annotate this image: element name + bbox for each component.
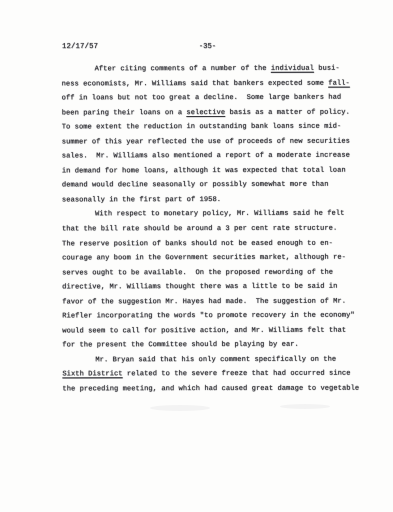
text-segment: directive, Mr. Williams thought there wa…	[62, 283, 337, 292]
document-line: the preceding meeting, and which had cau…	[62, 382, 354, 397]
text-segment: Mr. Bryan said that his only comment spe…	[95, 356, 336, 365]
underlined-text: Sixth District	[62, 371, 122, 379]
document-line: seasonally in the first part of 1958.	[62, 193, 354, 208]
document-line: that the bill rate should be around a 3 …	[62, 222, 354, 237]
text-segment: off in loans but not too great a decline…	[62, 94, 342, 103]
document-line: Sixth District related to the severe fre…	[62, 367, 354, 382]
document-line: The reserve position of banks should not…	[62, 236, 354, 251]
underlined-text: selective	[186, 109, 225, 117]
document-line: sales. Mr. Williams also mentioned a rep…	[62, 149, 354, 164]
paragraph: Mr. Bryan said that his only comment spe…	[62, 353, 354, 397]
text-segment: The reserve position of banks should not…	[62, 239, 333, 248]
document-line: directive, Mr. Williams thought there wa…	[62, 280, 354, 295]
scan-smudge	[280, 404, 330, 409]
page-number: -35-	[62, 43, 353, 51]
document-line: Riefler incorporating the words "to prom…	[62, 309, 354, 324]
text-segment: favor of the suggestion Mr. Hayes had ma…	[62, 297, 346, 306]
text-segment: ness economists, Mr. Williams said that …	[62, 79, 329, 88]
document-line: for the present the Committee should be …	[62, 338, 354, 353]
text-segment: demand would decline seasonally or possi…	[62, 181, 329, 190]
document-line: To some extent the reduction in outstand…	[62, 120, 354, 135]
text-segment: Riefler incorporating the words "to prom…	[62, 312, 354, 321]
document-line: Mr. Bryan said that his only comment spe…	[62, 353, 354, 368]
document-line: been paring their loans on a selective b…	[62, 105, 354, 120]
underlined-text: fall-	[328, 79, 350, 87]
text-segment: related to the severe freeze that had oc…	[123, 370, 351, 379]
text-segment: for the present the Committee should be …	[62, 341, 299, 350]
document-line: favor of the suggestion Mr. Hayes had ma…	[62, 294, 354, 309]
scan-smudge	[150, 405, 210, 411]
document-body: After citing comments of a number of the…	[62, 62, 355, 397]
document-header: 12/17/57 -35-	[62, 43, 353, 57]
text-segment: in demand for home loans, although it wa…	[62, 166, 346, 175]
text-segment: that the bill rate should be around a 3 …	[62, 225, 337, 234]
document-line: courage any boom in the Government secur…	[62, 251, 354, 266]
text-segment: courage any boom in the Government secur…	[62, 254, 346, 263]
text-segment: sales. Mr. Williams also mentioned a rep…	[62, 152, 350, 161]
text-segment: summer of this year reflected the use of…	[62, 137, 350, 146]
text-segment: To some extent the reduction in outstand…	[62, 123, 342, 132]
text-segment: busi-	[314, 65, 340, 73]
text-segment: the preceding meeting, and which had cau…	[62, 385, 359, 394]
document-line: off in loans but not too great a decline…	[62, 91, 354, 106]
text-segment: After citing comments of a number of the	[95, 65, 271, 73]
paragraph: With respect to monetary policy, Mr. Wil…	[62, 207, 354, 353]
underlined-text: individual	[271, 65, 314, 73]
scanned-document-page: 12/17/57 -35- After citing comments of a…	[0, 0, 393, 512]
document-line: After citing comments of a number of the…	[62, 62, 354, 77]
text-segment: serves ought to be available. On the pro…	[62, 268, 333, 277]
document-line: would seem to call for positive action, …	[62, 323, 354, 338]
text-segment: been paring their loans on a	[62, 109, 187, 117]
document-line: serves ought to be available. On the pro…	[62, 265, 354, 280]
document-line: With respect to monetary policy, Mr. Wil…	[62, 207, 354, 222]
text-segment: seasonally in the first part of 1958.	[62, 196, 221, 204]
text-segment: With respect to monetary policy, Mr. Wil…	[95, 210, 344, 219]
document-line: ness economists, Mr. Williams said that …	[62, 76, 354, 91]
document-line: demand would decline seasonally or possi…	[62, 178, 354, 193]
document-line: summer of this year reflected the use of…	[62, 134, 354, 149]
text-segment: would seem to call for positive action, …	[62, 326, 346, 335]
document-line: in demand for home loans, although it wa…	[62, 163, 354, 178]
text-segment: basis as a matter of policy.	[225, 108, 350, 116]
paragraph: After citing comments of a number of the…	[62, 62, 354, 208]
